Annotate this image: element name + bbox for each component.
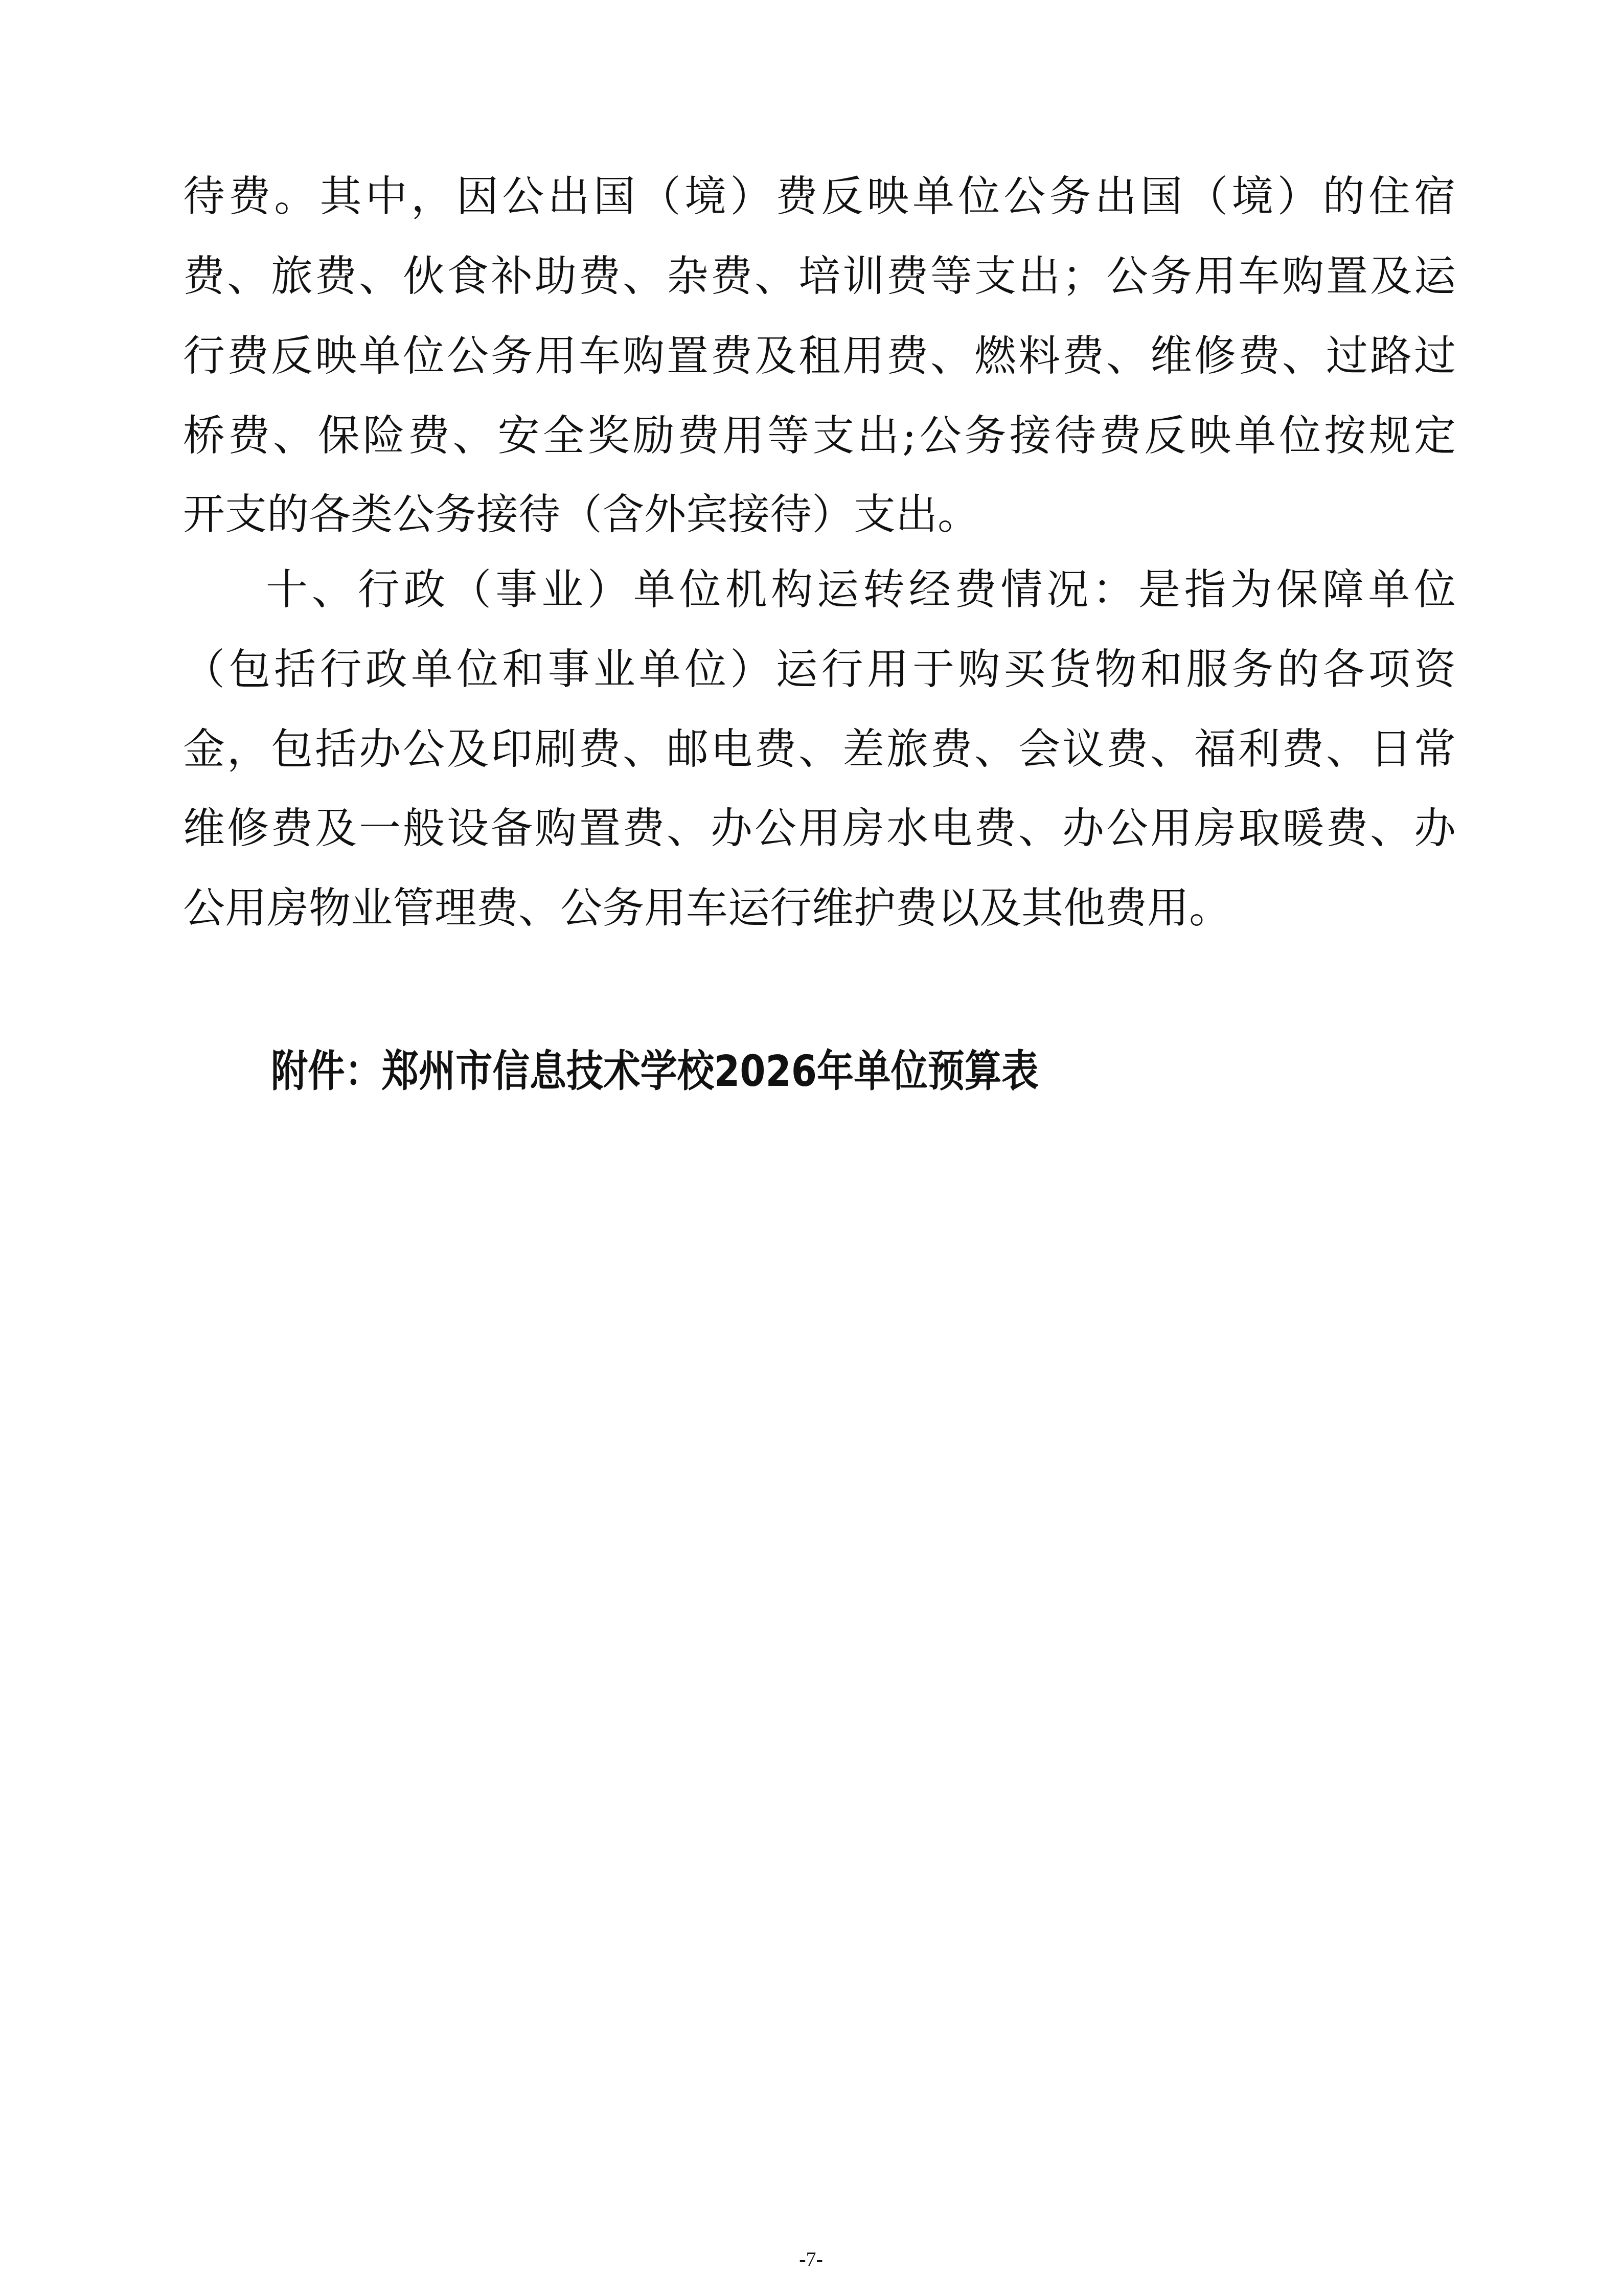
paragraph-1-line-5: 开支的各类公务接待（含外宾接待）支出。 (183, 489, 1456, 540)
paragraph-1-line-4: 桥费、保险费、安全奖励费用等支出;公务接待费反映单位按规定 (183, 411, 1456, 462)
paragraph-1-line-3: 行费反映单位公务用车购置费及租用费、燃料费、维修费、过路过 (183, 331, 1456, 382)
paragraph-2-line-3: 金，包括办公及印刷费、邮电费、差旅费、会议费、福利费、日常 (183, 724, 1456, 775)
document-page: 待费。其中，因公出国（境）费反映单位公务出国（境）的住宿 费、旅费、伙食补助费、… (0, 0, 1622, 2296)
paragraph-2-line-4: 维修费及一般设备购置费、办公用房水电费、办公用房取暖费、办 (183, 803, 1456, 854)
page-number: -7- (0, 2247, 1622, 2271)
paragraph-2-line-5: 公用房物业管理费、公务用车运行维护费以及其他费用。 (183, 883, 1456, 934)
paragraph-1-line-2: 费、旅费、伙食补助费、杂费、培训费等支出；公务用车购置及运 (183, 251, 1456, 302)
attachment-title: 附件：郑州市信息技术学校2026年单位预算表 (271, 1043, 1038, 1099)
paragraph-2-line-1: 十、行政（事业）单位机构运转经费情况：是指为保障单位 (266, 564, 1456, 616)
paragraph-1-line-1: 待费。其中，因公出国（境）费反映单位公务出国（境）的住宿 (183, 171, 1456, 222)
paragraph-2-line-2: （包括行政单位和事业单位）运行用于购买货物和服务的各项资 (183, 644, 1456, 695)
